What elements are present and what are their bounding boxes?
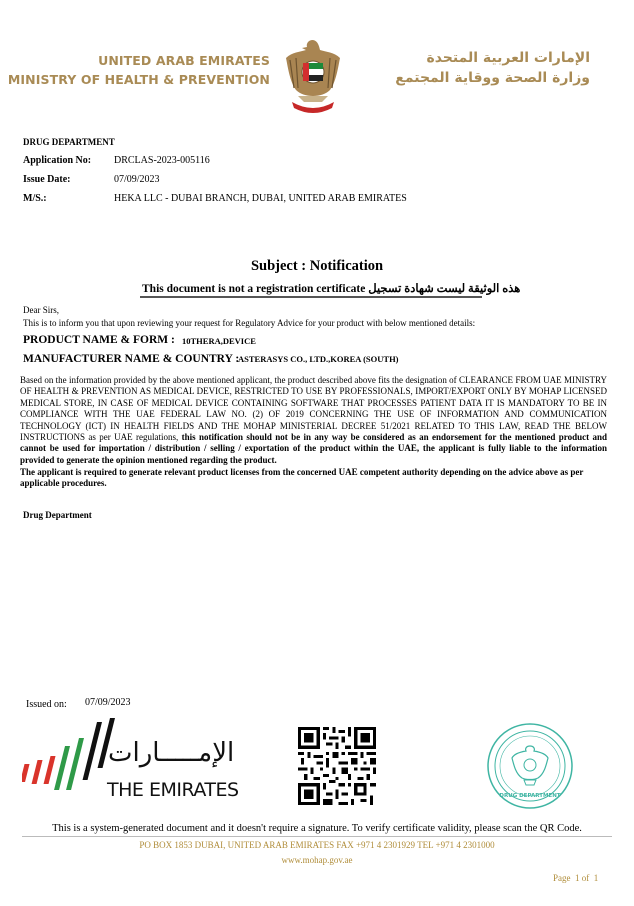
ms-value: HEKA LLC - DUBAI BRANCH, DUBAI, UNITED A… (114, 193, 407, 204)
page-number: Page 1 of 1 (553, 873, 598, 883)
ms-label: M/S.: (23, 193, 47, 204)
emirates-arabic-text: الإمـــــارات (108, 738, 234, 768)
header-english-line2: MINISTRY OF HEALTH & PREVENTION (8, 72, 270, 87)
system-generated-note: This is a system-generated document and … (0, 823, 634, 834)
licenses-note: The applicant is required to generate re… (20, 467, 610, 490)
header-english-line1: UNITED ARAB EMIRATES (98, 53, 270, 68)
not-registration-notice: This document is not a registration cert… (142, 281, 520, 295)
svg-text:DRUG DEPARTMENT: DRUG DEPARTMENT (499, 793, 560, 799)
manufacturer-label: MANUFACTURER NAME & COUNTRY : (23, 353, 239, 365)
department-heading: DRUG DEPARTMENT (23, 137, 115, 147)
clearance-paragraph: Based on the information provided by the… (20, 375, 607, 466)
manufacturer-value: ASTERASYS CO., LTD.,KOREA (SOUTH) (238, 354, 399, 364)
issue-date-label: Issue Date: (23, 174, 71, 185)
issued-on-value: 07/09/2023 (85, 697, 131, 708)
product-label: PRODUCT NAME & FORM : (23, 334, 175, 346)
greeting: Dear Sirs, (23, 305, 59, 315)
signoff: Drug Department (23, 510, 92, 520)
footer-website-link[interactable]: www.mohap.gov.ae (0, 855, 634, 865)
footer-divider (22, 836, 612, 837)
intro-text: This is to inform you that upon reviewin… (23, 318, 475, 328)
emirates-english-text: THE EMIRATES (107, 779, 239, 801)
product-value: 10THERA,DEVICE (182, 336, 256, 346)
application-label: Application No: (23, 155, 91, 166)
drug-department-seal-icon: DRUG DEPARTMENT (486, 722, 574, 810)
subject-title: Subject : Notification (0, 258, 634, 275)
qr-code-icon[interactable] (298, 727, 376, 805)
uae-falcon-crest-icon (282, 38, 344, 114)
issued-on-label: Issued on: (26, 699, 67, 710)
header-arabic-line1: الإمارات العربية المتحدة (345, 50, 590, 66)
application-number: DRCLAS-2023-005116 (114, 155, 210, 166)
issue-date-value: 07/09/2023 (114, 174, 160, 185)
footer-address: PO BOX 1853 DUBAI, UNITED ARAB EMIRATES … (0, 840, 634, 850)
header-arabic-line2: وزارة الصحة ووقاية المجتمع (345, 70, 590, 86)
notice-underline (140, 296, 482, 298)
